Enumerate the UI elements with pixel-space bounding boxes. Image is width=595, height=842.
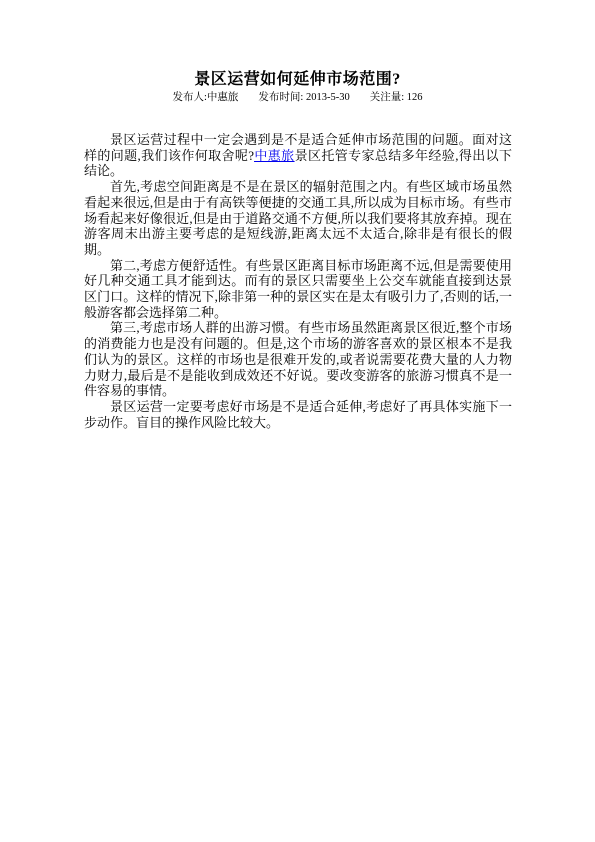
publish-time-field: 发布时间: 2013-5-30 xyxy=(258,92,349,104)
article-meta: 发布人:中惠旅 发布时间: 2013-5-30 关注量: 126 xyxy=(0,92,595,104)
article-title: 景区运营如何延伸市场范围? xyxy=(0,71,595,89)
paragraph-4: 第三,考虑市场人群的出游习惯。有些市场虽然距离景区很近,整个市场的消费能力也是没… xyxy=(84,320,512,399)
paragraph-2: 首先,考虑空间距离是不是在景区的辐射范围之内。有些区域市场虽然看起来很远,但是由… xyxy=(84,179,512,258)
zhonghuilv-link[interactable]: 中惠旅 xyxy=(254,148,295,163)
paragraph-1: 景区运营过程中一定会遇到是不是适合延伸市场范围的问题。面对这样的问题,我们该作何… xyxy=(84,132,512,179)
article-body: 景区运营过程中一定会遇到是不是适合延伸市场范围的问题。面对这样的问题,我们该作何… xyxy=(84,132,512,430)
paragraph-5: 景区运营一定要考虑好市场是不是适合延伸,考虑好了再具体实施下一步动作。盲目的操作… xyxy=(84,399,512,430)
publisher-field: 发布人:中惠旅 xyxy=(172,92,238,104)
views-field: 关注量: 126 xyxy=(370,92,423,104)
document-page: 景区运营如何延伸市场范围? 发布人:中惠旅 发布时间: 2013-5-30 关注… xyxy=(0,0,595,842)
paragraph-3: 第二,考虑方便舒适性。有些景区距离目标市场距离不远,但是需要使用好几种交通工具才… xyxy=(84,258,512,321)
